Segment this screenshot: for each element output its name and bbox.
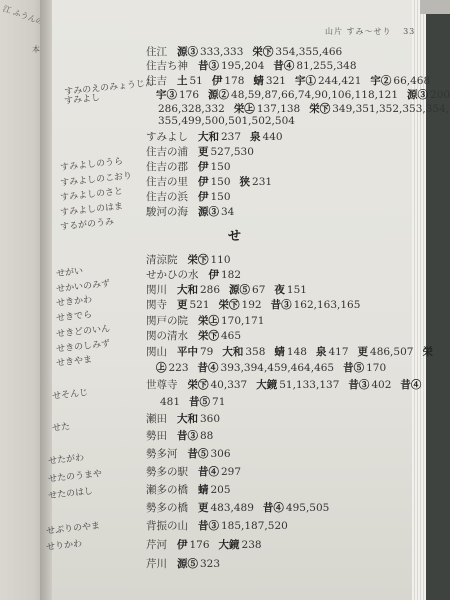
entry-reference: 大和360 [177,413,220,425]
entry-reference: 源⑤323 [177,558,220,570]
source-abbrev: 栄㊤ [234,103,255,115]
source-abbrev: 源③ [407,89,428,101]
entry-reference: 昔⑤306 [188,448,231,460]
page-refs: 48,59,87,66,74,90,106,118,121 [231,89,398,101]
entry-reference: 夜151 [274,284,307,296]
index-entry: 住吉ち神昔③195,204昔④81,255,348 [146,58,366,73]
entry-reference: 更483,489 [198,502,254,514]
page-refs: 286,328,332 [158,103,225,115]
page-refs: 66,468 [393,75,430,87]
entry-reference: 大鏡238 [219,539,262,551]
entry-term: 勢多河 [146,448,178,460]
page-refs: 354,355,466 [275,46,342,58]
entry-reference: 源③34 [198,206,234,218]
entry-reference: 481 [158,396,180,408]
index-entry: 355,499,500,501,502,504 [156,115,304,127]
source-abbrev: 土 [177,75,188,87]
index-entry: 宇③176源②48,59,87,66,74,90,106,118,121源③20… [156,87,450,102]
source-abbrev: 更 [198,502,209,514]
page-refs: 88 [200,430,213,442]
entry-reference: 昔③88 [177,430,213,442]
entry-term: せかひの水 [146,269,199,281]
entry-reference: 昔③185,187,520 [198,520,288,532]
source-abbrev: 伊 [198,161,209,173]
index-entry: せかひの水伊182 [146,267,250,282]
source-abbrev: 源③ [177,46,198,58]
entry-reference: 源③333,333 [177,46,243,58]
page-refs: 527,530 [211,146,254,158]
entry-reference: 栄㊦110 [188,254,231,266]
entry-term: 住吉の郡 [146,161,188,173]
page-refs: 40,337 [211,379,248,391]
source-abbrev: 昔⑤ [343,362,364,374]
index-entry: 芹河伊176大鏡238 [146,537,271,552]
page-refs: 185,187,520 [221,520,288,532]
entry-reference: 更527,530 [198,146,254,158]
index-entry: 住吉土51伊178蜻321宇①244,421宇②66,468 [146,73,439,88]
entry-reference: 286,328,332 [156,103,225,115]
source-abbrev: 伊 [198,191,209,203]
entry-reference: 宇③176 [156,89,199,101]
entry-reference: 昔④495,505 [263,502,329,514]
section-heading: せ [228,225,241,244]
source-abbrev: 大和 [222,346,243,358]
source-abbrev: 昔④ [400,379,421,391]
entry-reference: 昔④81,255,348 [273,60,356,72]
page-refs: 151 [287,284,307,296]
page-refs: 51,133,137 [279,379,339,391]
page-refs: 440 [263,131,283,143]
index-entry: すみよし大和237泉440 [146,129,292,144]
entry-reference: 昔④393,394,459,464,465 [198,362,335,374]
entry-reference: 狭231 [240,176,273,188]
page-refs: 358 [245,346,265,358]
page-refs: 402 [371,379,391,391]
source-abbrev: 栄㊦ [309,103,330,115]
entry-term: 関川 [146,284,167,296]
index-entry: 世尊寺栄㊦40,337大鏡51,133,137昔③402昔④ [146,377,430,392]
page-refs: 237 [221,131,241,143]
entry-reference: 伊150 [198,161,231,173]
index-entry: 関山平中79大和358蜻148泉417更486,507栄 [146,344,442,359]
source-abbrev: 宇② [370,75,391,87]
index-entry: 住江源③333,333栄㊦354,355,466 [146,44,351,59]
index-entry: 関戸の院栄㊤170,171 [146,313,273,328]
index-entry: 住吉の浦更527,530 [146,144,263,159]
source-abbrev: 大和 [198,131,219,143]
index-entry: 勢田昔③88 [146,428,222,443]
index-entry: 住吉の郡伊150 [146,159,240,174]
page-refs: 323 [200,558,220,570]
page-refs: 200, [430,89,450,101]
source-abbrev: 伊 [177,539,188,551]
page-refs: 297 [221,466,241,478]
entry-term: 関山 [146,346,167,358]
entry-reference: 昔③402 [348,379,391,391]
page-refs: 483,489 [211,502,254,514]
page-refs: 79 [200,346,213,358]
page-refs: 349,351,352,353,354, [332,103,449,115]
entry-term: 瀬多の橋 [146,484,188,496]
entry-term: 芹河 [146,539,167,551]
source-abbrev: 宇① [295,75,316,87]
entry-term: 住吉の浜 [146,191,188,203]
source-abbrev: 宇③ [156,89,177,101]
entry-reference: 大和286 [177,284,220,296]
page-refs: 486,507 [370,346,413,358]
entry-reference: 平中79 [177,346,213,358]
entry-reference: 栄㊦465 [198,330,241,342]
index-entry: 勢多河昔⑤306 [146,446,240,461]
source-abbrev: 源⑤ [229,284,250,296]
index-entry: 勢多の橋更483,489昔④495,505 [146,500,338,515]
left-page-fragment: 江 ふうんの [1,3,45,28]
entry-term: 芹川 [146,558,167,570]
index-entry: 勢多の駅昔④297 [146,464,250,479]
entry-reference: 源②48,59,87,66,74,90,106,118,121 [208,89,398,101]
index-entry: ㊤223昔④393,394,459,464,465昔⑤170 [156,360,395,375]
page-refs: 321 [266,75,286,87]
index-entry: 瀬田大和360 [146,411,229,426]
source-abbrev: 更 [198,146,209,158]
source-abbrev: 昔③ [177,430,198,442]
page-refs: 71 [212,396,225,408]
source-abbrev: 昔④ [273,60,294,72]
entry-term: 世尊寺 [146,379,178,391]
entry-reference: 宇②66,468 [370,75,430,87]
index-entry: 背振の山昔③185,187,520 [146,518,297,533]
page-refs: 170 [366,362,386,374]
entry-reference: 栄㊦354,355,466 [252,46,342,58]
index-entry: 駿河の海源③34 [146,204,243,219]
entry-term: 住吉の浦 [146,146,188,158]
source-abbrev: 昔⑤ [189,396,210,408]
page-refs: 355,499,500,501,502,504 [158,115,295,127]
page-refs: 244,421 [318,75,361,87]
entry-reference: 栄 [422,346,433,358]
page-refs: 137,138 [257,103,300,115]
source-abbrev: 昔③ [198,520,219,532]
entry-term: 瀬田 [146,413,167,425]
entry-term: 勢多の駅 [146,466,188,478]
entry-reference: 昔⑤170 [343,362,386,374]
entry-reference: 昔③162,163,165 [271,299,361,311]
index-entry: 関寺更521栄㊦192昔③162,163,165 [146,297,369,312]
entry-reference: 蜻148 [274,346,307,358]
running-head: 山片 すみ〜せり 33 [325,26,415,37]
entry-term: 駿河の海 [146,206,188,218]
page-refs: 495,505 [286,502,329,514]
entry-reference: 泉417 [316,346,349,358]
entry-reference: 栄㊦192 [219,299,262,311]
page-refs: 521 [190,299,210,311]
entry-reference: 蜻321 [253,75,286,87]
index-entry: 住吉の浜伊150 [146,189,240,204]
index-entry: 瀬多の橋蜻205 [146,482,240,497]
source-abbrev: 伊 [198,176,209,188]
index-entry: 関の清水栄㊦465 [146,328,250,343]
entry-reference: 昔④ [400,379,421,391]
page-refs: 34 [221,206,234,218]
entry-reference: 昔⑤71 [189,396,225,408]
entry-term: 関戸の院 [146,315,188,327]
entry-reference: 源③200, [407,89,450,101]
entry-term: 関の清水 [146,330,188,342]
index-entry: 286,328,332栄㊤137,138栄㊦349,351,352,353,35… [156,101,450,116]
page-number: 33 [403,27,415,36]
page-refs: 192 [242,299,262,311]
page-refs: 286 [200,284,220,296]
source-abbrev: 昔③ [271,299,292,311]
page-refs: 205 [211,484,231,496]
source-abbrev: 大鏡 [256,379,277,391]
entry-reference: 昔③195,204 [198,60,264,72]
page-refs: 51 [190,75,203,87]
entry-reference: 大和358 [222,346,265,358]
source-abbrev: 夜 [274,284,285,296]
source-abbrev: 大鏡 [219,539,240,551]
source-abbrev: 泉 [250,131,261,143]
entry-term: 住江 [146,46,167,58]
source-abbrev: 昔④ [198,466,219,478]
index-entry: 芹川源⑤323 [146,556,229,571]
page-refs: 481 [160,396,180,408]
entry-reference: 伊176 [177,539,210,551]
source-abbrev: 栄㊦ [188,254,209,266]
page-refs: 465 [221,330,241,342]
entry-reference: 伊150 [198,191,231,203]
entry-reference: 大鏡51,133,137 [256,379,339,391]
source-abbrev: 大和 [177,284,198,296]
source-abbrev: 栄㊤ [198,315,219,327]
page-refs: 182 [221,269,241,281]
source-abbrev: 源⑤ [177,558,198,570]
entry-reference: 大和237 [198,131,241,143]
page-refs: 223 [169,362,189,374]
source-abbrev: 平中 [177,346,198,358]
source-abbrev: 大和 [177,413,198,425]
entry-reference: 更521 [177,299,210,311]
source-abbrev: 伊 [212,75,223,87]
page-refs: 176 [190,539,210,551]
page-refs: 417 [328,346,348,358]
page-refs: 67 [252,284,265,296]
entry-term: 関寺 [146,299,167,311]
page-refs: 238 [242,539,262,551]
entry-reference: 栄㊤170,171 [198,315,264,327]
entry-reference: 伊178 [212,75,245,87]
index-entry: 清涼院栄㊦110 [146,252,240,267]
source-abbrev: 栄 [422,346,433,358]
page-refs: 360 [200,413,220,425]
source-abbrev: 更 [358,346,369,358]
source-abbrev: 昔③ [198,60,219,72]
entry-reference: 源⑤67 [229,284,265,296]
entry-reference: ㊤223 [156,362,189,374]
entry-term: 住吉の里 [146,176,188,188]
source-abbrev: 伊 [209,269,220,281]
page-refs: 150 [211,191,231,203]
entry-term: 清涼院 [146,254,178,266]
source-abbrev: 源③ [198,206,219,218]
running-head-title: 山片 すみ〜せり [325,27,392,36]
entry-reference: 泉440 [250,131,283,143]
page-refs: 150 [211,161,231,173]
source-abbrev: 更 [177,299,188,311]
background [420,0,450,14]
page-refs: 176 [179,89,199,101]
entry-term: 住吉ち神 [146,60,188,72]
index-entry: 住吉の里伊150狭231 [146,174,281,189]
left-page-fragment: 本 [32,44,40,55]
entry-term: 住吉 [146,75,167,87]
index-reading: せた [51,419,70,434]
page-refs: 170,171 [221,315,264,327]
source-abbrev: ㊤ [156,362,167,374]
entry-reference: 宇①244,421 [295,75,361,87]
entry-term: 勢多の橋 [146,502,188,514]
entry-reference: 伊182 [209,269,242,281]
source-abbrev: 昔③ [348,379,369,391]
index-entry: 481昔⑤71 [158,394,234,409]
source-abbrev: 栄㊦ [188,379,209,391]
source-abbrev: 源② [208,89,229,101]
source-abbrev: 昔④ [198,362,219,374]
entry-reference: 伊150 [198,176,231,188]
page-refs: 333,333 [200,46,243,58]
source-abbrev: 昔④ [263,502,284,514]
source-abbrev: 泉 [316,346,327,358]
page-refs: 195,204 [221,60,264,72]
source-abbrev: 昔⑤ [188,448,209,460]
page-refs: 110 [211,254,231,266]
page-refs: 162,163,165 [294,299,361,311]
entry-reference: 栄㊦40,337 [188,379,248,391]
page-refs: 393,394,459,464,465 [221,362,335,374]
source-abbrev: 蜻 [274,346,285,358]
page-refs: 231 [252,176,272,188]
source-abbrev: 狭 [240,176,251,188]
index-entry: 関川大和286源⑤67夜151 [146,282,316,297]
entry-reference: 昔④297 [198,466,241,478]
source-abbrev: 栄㊦ [252,46,273,58]
source-abbrev: 栄㊦ [198,330,219,342]
entry-reference: 355,499,500,501,502,504 [156,115,295,127]
entry-term: 背振の山 [146,520,188,532]
source-abbrev: 栄㊦ [219,299,240,311]
entry-reference: 栄㊤137,138 [234,103,300,115]
source-abbrev: 蜻 [253,75,264,87]
entry-reference: 蜻205 [198,484,231,496]
source-abbrev: 蜻 [198,484,209,496]
page-refs: 150 [211,176,231,188]
entry-reference: 栄㊦349,351,352,353,354, [309,103,449,115]
entry-reference: 土51 [177,75,203,87]
page-refs: 148 [287,346,307,358]
entry-term: 勢田 [146,430,167,442]
entry-reference: 更486,507 [358,346,414,358]
entry-term: すみよし [146,131,188,143]
page-refs: 81,255,348 [296,60,356,72]
page-refs: 178 [224,75,244,87]
page-refs: 306 [211,448,231,460]
